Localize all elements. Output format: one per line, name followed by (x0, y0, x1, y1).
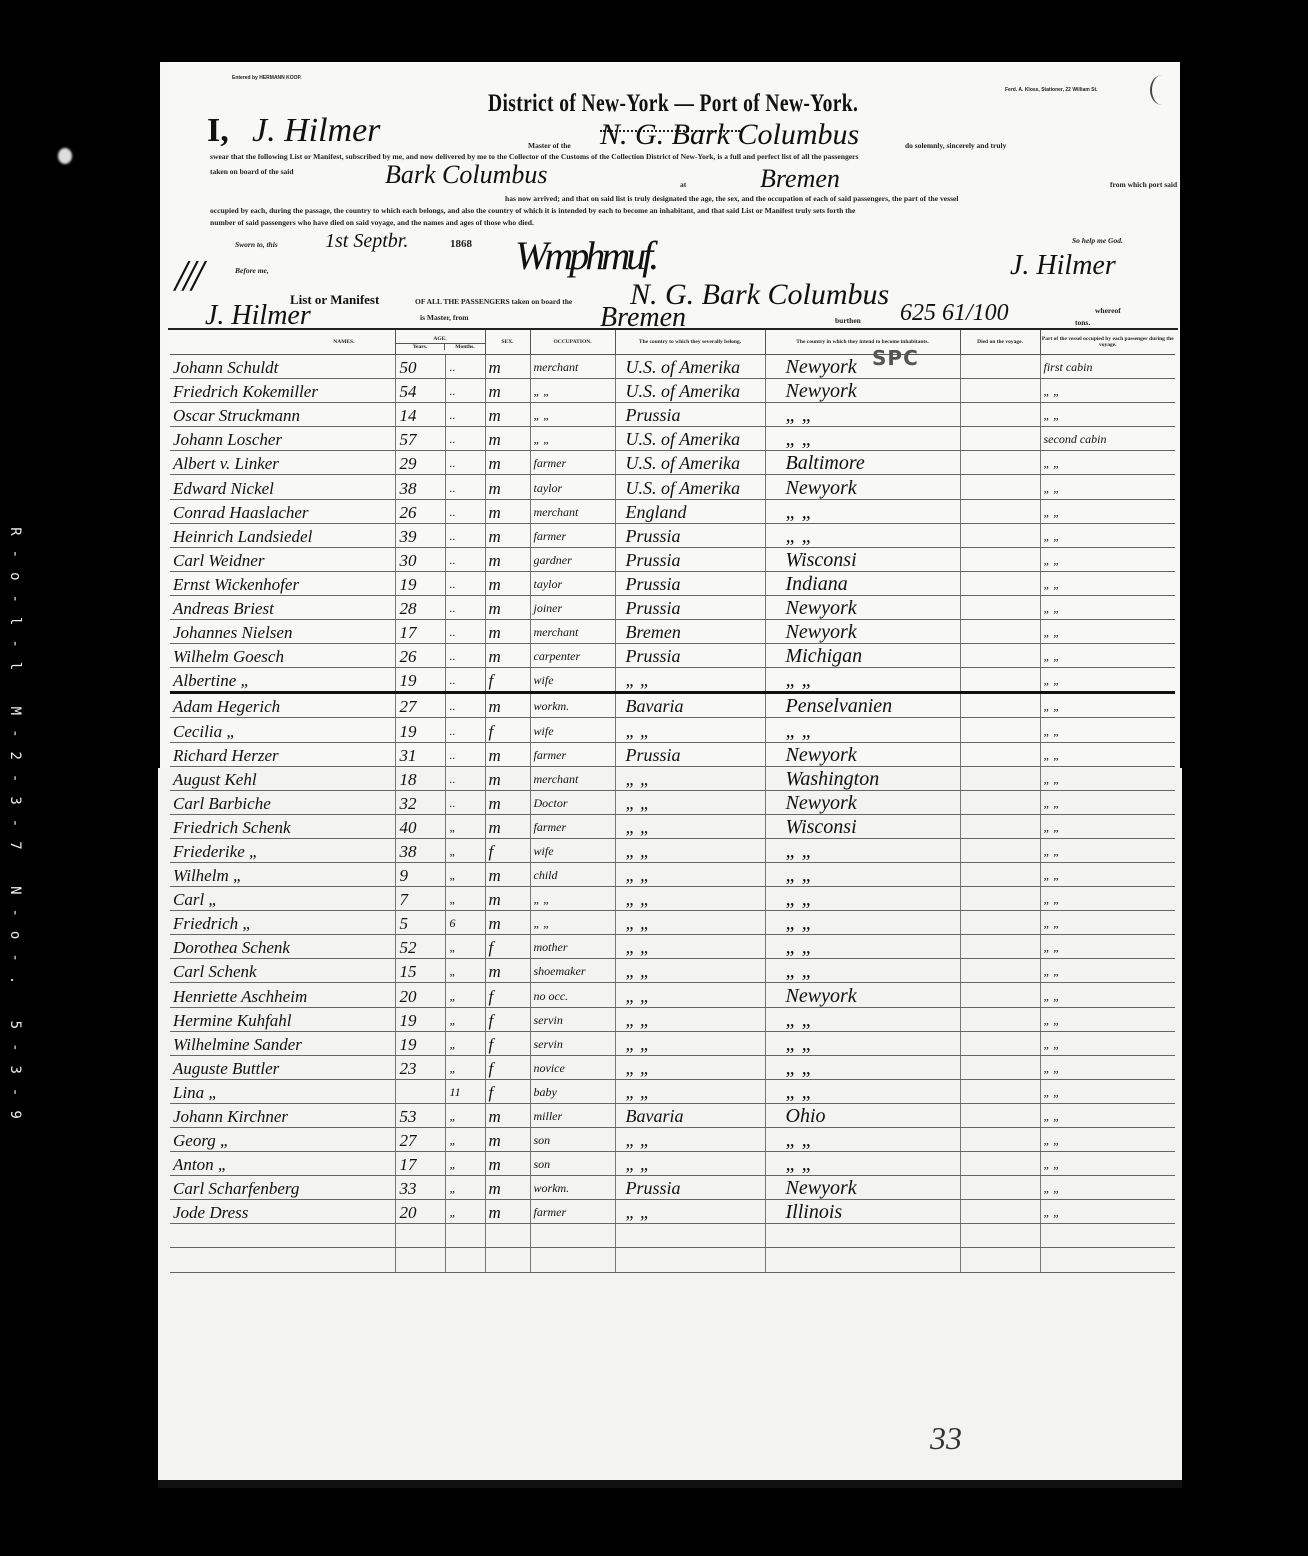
age-years-cell: 15 (395, 959, 445, 983)
country-of-origin-cell: „ „ (615, 1055, 765, 1079)
passenger-name-cell: Wilhelm Goesch (170, 644, 395, 668)
part-of-vessel-cell: „ „ (1040, 790, 1175, 814)
country-of-origin-blank-cell (615, 1248, 765, 1272)
age-years-cell: 31 (395, 742, 445, 766)
table-row: Jode Dress20„mfarmer„ „Illinois„ „ (170, 1200, 1175, 1224)
left-margin-signature: /// (175, 250, 200, 301)
country-of-origin-cell: Bavaria (615, 1103, 765, 1127)
occupation-blank-cell (530, 1248, 615, 1272)
died-on-voyage-cell (960, 620, 1040, 644)
country-of-origin-cell: „ „ (615, 790, 765, 814)
part-of-vessel-cell: „ „ (1040, 595, 1175, 619)
table-row: Anton „17„mson„ „„ „„ „ (170, 1152, 1175, 1176)
destination-cell: Newyork (765, 742, 960, 766)
sex-cell: m (485, 475, 530, 499)
age-months-cell: .. (445, 766, 485, 790)
destination-cell: Illinois (765, 1200, 960, 1224)
sex-cell: m (485, 790, 530, 814)
passenger-name-cell: Oscar Struckmann (170, 403, 395, 427)
passenger-name-cell: Wilhelmine Sander (170, 1031, 395, 1055)
occupation-cell: taylor (530, 475, 615, 499)
country-of-origin-cell: Prussia (615, 595, 765, 619)
sex-cell: m (485, 571, 530, 595)
died-on-voyage-cell (960, 742, 1040, 766)
died-on-voyage-cell (960, 1079, 1040, 1103)
passenger-name-cell: Lina „ (170, 1079, 395, 1103)
sex-cell: f (485, 983, 530, 1007)
country-of-origin-cell: „ „ (615, 959, 765, 983)
destination-cell: Newyork (765, 379, 960, 403)
sex-cell: m (485, 742, 530, 766)
age-years-blank-cell (395, 1248, 445, 1272)
passenger-name-cell: Carl „ (170, 887, 395, 911)
died-on-voyage-cell (960, 766, 1040, 790)
sex-cell: m (485, 1176, 530, 1200)
sex-blank-cell (485, 1224, 530, 1248)
table-row: Hermine Kuhfahl19„fservin„ „„ „„ „ (170, 1007, 1175, 1031)
occupation-cell: child (530, 862, 615, 886)
occupation-cell: „ „ (530, 887, 615, 911)
died-on-voyage-cell (960, 862, 1040, 886)
table-row: Friedrich Schenk40„mfarmer„ „Wisconsi„ „ (170, 814, 1175, 838)
table-row: Johann Kirchner53„mmillerBavariaOhio„ „ (170, 1103, 1175, 1127)
sex-cell: f (485, 1079, 530, 1103)
solemnly-text: do solemnly, sincerely and truly (905, 141, 1006, 150)
age-months-cell: 6 (445, 911, 485, 935)
sworn-label: Sworn to, this (235, 240, 278, 249)
part-of-vessel-cell: „ „ (1040, 379, 1175, 403)
destination-cell: Newyork (765, 983, 960, 1007)
passenger-name-cell: Jode Dress (170, 1200, 395, 1224)
age-years-cell: 38 (395, 475, 445, 499)
table-row: Henriette Aschheim20„fno occ.„ „Newyork„… (170, 983, 1175, 1007)
passenger-name-cell: Conrad Haaslacher (170, 499, 395, 523)
died-on-voyage-cell (960, 595, 1040, 619)
age-months-cell: „ (445, 1031, 485, 1055)
printer-imprint: Ferd. A. Kloss, Stationer, 22 William St… (1005, 87, 1098, 93)
died-on-voyage-cell (960, 475, 1040, 499)
part-of-vessel-cell: „ „ (1040, 475, 1175, 499)
age-years-cell: 5 (395, 911, 445, 935)
occupation-cell: „ „ (530, 379, 615, 403)
header-months: Months. (445, 344, 484, 350)
sex-cell: m (485, 766, 530, 790)
age-years-cell: 7 (395, 887, 445, 911)
country-of-origin-cell: England (615, 499, 765, 523)
part-of-vessel-cell: „ „ (1040, 403, 1175, 427)
died-on-voyage-cell (960, 523, 1040, 547)
sex-cell: m (485, 693, 530, 718)
master-signature: J. Hilmer (1010, 250, 1116, 282)
died-on-voyage-cell (960, 1055, 1040, 1079)
destination-cell: „ „ (765, 862, 960, 886)
occupation-cell: son (530, 1128, 615, 1152)
oath-I: I, (207, 112, 229, 150)
oath-vessel-handwritten: Bark Columbus (385, 160, 548, 190)
age-months-cell: .. (445, 499, 485, 523)
part-of-vessel-cell: „ „ (1040, 1176, 1175, 1200)
country-of-origin-cell: „ „ (615, 887, 765, 911)
before-me-label: Before me, (235, 266, 269, 275)
tons-label: tons. (1075, 318, 1090, 327)
age-months-cell: „ (445, 1128, 485, 1152)
died-on-voyage-cell (960, 718, 1040, 742)
passenger-name-cell: Andreas Briest (170, 595, 395, 619)
part-of-vessel-cell: second cabin (1040, 427, 1175, 451)
part-of-vessel-cell: „ „ (1040, 862, 1175, 886)
table-row: Carl Weidner30..mgardnerPrussiaWisconsi„… (170, 547, 1175, 571)
died-on-voyage-cell (960, 1031, 1040, 1055)
destination-cell: „ „ (765, 718, 960, 742)
died-on-voyage-cell (960, 814, 1040, 838)
destination-cell: Wisconsi (765, 547, 960, 571)
destination-cell: „ „ (765, 1128, 960, 1152)
collector-signature: Wmphmuf. (515, 232, 655, 279)
age-months-cell: .. (445, 790, 485, 814)
sex-cell: m (485, 355, 530, 379)
country-of-origin-cell: „ „ (615, 911, 765, 935)
country-of-origin-cell: „ „ (615, 814, 765, 838)
table-row: Edward Nickel38..mtaylorU.S. of AmerikaN… (170, 475, 1175, 499)
age-years-blank-cell (395, 1224, 445, 1248)
page-bottom-edge (158, 1480, 1182, 1488)
died-on-voyage-cell (960, 935, 1040, 959)
age-years-cell: 19 (395, 668, 445, 693)
country-of-origin-blank-cell (615, 1224, 765, 1248)
part-of-vessel-cell: „ „ (1040, 547, 1175, 571)
occupation-cell: baby (530, 1079, 615, 1103)
part-of-vessel-cell: „ „ (1040, 668, 1175, 693)
part-of-vessel-cell: „ „ (1040, 983, 1175, 1007)
destination-cell: „ „ (765, 427, 960, 451)
age-years-cell: 50 (395, 355, 445, 379)
part-of-vessel-cell: „ „ (1040, 718, 1175, 742)
died-on-voyage-cell (960, 1007, 1040, 1031)
age-months-cell: .. (445, 475, 485, 499)
country-of-origin-cell: „ „ (615, 1007, 765, 1031)
sex-cell: m (485, 499, 530, 523)
passenger-name-cell: Dorothea Schenk (170, 935, 395, 959)
country-of-origin-cell: U.S. of Amerika (615, 355, 765, 379)
destination-cell: Michigan (765, 644, 960, 668)
table-row: Ernst Wickenhofer19..mtaylorPrussiaIndia… (170, 571, 1175, 595)
passenger-name-cell: August Kehl (170, 766, 395, 790)
passenger-name-cell: Albertine „ (170, 668, 395, 693)
age-years-cell: 17 (395, 1152, 445, 1176)
part-of-vessel-cell: „ „ (1040, 499, 1175, 523)
country-of-origin-cell: Prussia (615, 644, 765, 668)
destination-cell: „ „ (765, 499, 960, 523)
destination-cell: Newyork (765, 475, 960, 499)
occupation-cell: workm. (530, 1176, 615, 1200)
country-of-origin-cell: Prussia (615, 403, 765, 427)
country-of-origin-cell: „ „ (615, 766, 765, 790)
died-on-voyage-cell (960, 790, 1040, 814)
died-on-voyage-cell (960, 668, 1040, 693)
corner-pencil-mark (1150, 75, 1174, 105)
table-row: Adam Hegerich27..mworkm.BavariaPenselvan… (170, 693, 1175, 718)
passenger-name-cell: Friedrich „ (170, 911, 395, 935)
part-of-vessel-cell: „ „ (1040, 523, 1175, 547)
table-row: Auguste Buttler23„fnovice„ „„ „„ „ (170, 1055, 1175, 1079)
sex-cell: m (485, 379, 530, 403)
part-of-vessel-cell: „ „ (1040, 1055, 1175, 1079)
sex-cell: f (485, 935, 530, 959)
age-months-cell: .. (445, 427, 485, 451)
age-months-cell: .. (445, 547, 485, 571)
passenger-name-cell: Wilhelm „ (170, 862, 395, 886)
sex-cell: f (485, 718, 530, 742)
part-of-vessel-cell: „ „ (1040, 620, 1175, 644)
died-on-voyage-cell (960, 355, 1040, 379)
age-years-cell: 20 (395, 1200, 445, 1224)
age-years-cell: 19 (395, 1031, 445, 1055)
age-years-cell: 54 (395, 379, 445, 403)
part-of-vessel-cell: first cabin (1040, 355, 1175, 379)
sex-cell: f (485, 838, 530, 862)
age-months-cell: .. (445, 571, 485, 595)
occupation-cell: novice (530, 1055, 615, 1079)
table-row: Johannes Nielsen17..mmerchantBremenNewyo… (170, 620, 1175, 644)
passenger-name-cell: Georg „ (170, 1128, 395, 1152)
part-of-vessel-cell: „ „ (1040, 1103, 1175, 1127)
table-row: Richard Herzer31..mfarmerPrussiaNewyork„… (170, 742, 1175, 766)
passenger-name-cell: Hermine Kuhfahl (170, 1007, 395, 1031)
age-months-cell: .. (445, 644, 485, 668)
destination-cell: „ „ (765, 1007, 960, 1031)
country-of-origin-cell: Bavaria (615, 693, 765, 718)
table-row: Johann Loscher57..m„ „U.S. of Amerika„ „… (170, 427, 1175, 451)
country-of-origin-cell: „ „ (615, 1128, 765, 1152)
part-of-vessel-cell: „ „ (1040, 1128, 1175, 1152)
header-part-of-vessel: Part of the vessel occupied by each pass… (1040, 330, 1175, 355)
age-years-cell: 26 (395, 499, 445, 523)
table-row: Lina „11fbaby„ „„ „„ „ (170, 1079, 1175, 1103)
age-years-cell: 19 (395, 718, 445, 742)
age-months-cell: „ (445, 1200, 485, 1224)
film-label-text: R-o-l-l M-2-3-7 N-o-. 5-3-9 (7, 527, 23, 1133)
country-of-origin-cell: U.S. of Amerika (615, 379, 765, 403)
age-months-cell: „ (445, 838, 485, 862)
died-on-voyage-cell (960, 1152, 1040, 1176)
passenger-name-cell: Johann Schuldt (170, 355, 395, 379)
table-row: August Kehl18..mmerchant„ „Washington„ „ (170, 766, 1175, 790)
part-of-vessel-cell: „ „ (1040, 742, 1175, 766)
age-months-cell: .. (445, 718, 485, 742)
age-years-cell: 30 (395, 547, 445, 571)
sex-cell: m (485, 523, 530, 547)
part-of-vessel-cell: „ „ (1040, 1031, 1175, 1055)
age-months-blank-cell (445, 1224, 485, 1248)
destination-cell: „ „ (765, 1031, 960, 1055)
part-of-vessel-blank-cell (1040, 1224, 1175, 1248)
occupation-cell: joiner (530, 595, 615, 619)
sworn-date: 1st Septbr. (325, 230, 408, 253)
header-occupation: OCCUPATION. (530, 330, 615, 355)
age-months-cell: .. (445, 451, 485, 475)
table-row: Carl Scharfenberg33„mworkm.PrussiaNewyor… (170, 1176, 1175, 1200)
country-of-origin-cell: „ „ (615, 718, 765, 742)
destination-cell: Newyork (765, 595, 960, 619)
oath-port-handwritten: Bremen (760, 164, 840, 194)
passenger-name-cell: Johannes Nielsen (170, 620, 395, 644)
destination-cell: „ „ (765, 935, 960, 959)
died-on-voyage-cell (960, 1176, 1040, 1200)
occupation-cell: workm. (530, 693, 615, 718)
sex-cell: m (485, 547, 530, 571)
destination-cell: Penselvanien (765, 693, 960, 718)
passenger-name-blank-cell (170, 1248, 395, 1272)
table-row: Friedrich „56m„ „„ „„ „„ „ (170, 911, 1175, 935)
age-years-cell: 57 (395, 427, 445, 451)
occupation-cell: merchant (530, 499, 615, 523)
passenger-name-cell: Carl Barbiche (170, 790, 395, 814)
country-of-origin-cell: „ „ (615, 1200, 765, 1224)
age-months-cell: „ (445, 1055, 485, 1079)
occupation-cell: farmer (530, 523, 615, 547)
passenger-name-cell: Adam Hegerich (170, 693, 395, 718)
header-destination: The country in which they intend to beco… (765, 330, 960, 355)
sex-cell: m (485, 959, 530, 983)
sex-cell: f (485, 1031, 530, 1055)
sex-cell: m (485, 911, 530, 935)
table-row: Wilhelm Goesch26..mcarpenterPrussiaMichi… (170, 644, 1175, 668)
occupation-cell: mother (530, 935, 615, 959)
oath-line-3-suffix: from which port said (1110, 180, 1177, 189)
passenger-name-cell: Johann Kirchner (170, 1103, 395, 1127)
occupation-cell: „ „ (530, 427, 615, 451)
part-of-vessel-cell: „ „ (1040, 959, 1175, 983)
destination-blank-cell (765, 1248, 960, 1272)
age-months-cell: „ (445, 1176, 485, 1200)
occupation-cell: wife (530, 718, 615, 742)
part-of-vessel-cell: „ „ (1040, 1007, 1175, 1031)
part-of-vessel-cell: „ „ (1040, 911, 1175, 935)
part-of-vessel-blank-cell (1040, 1248, 1175, 1272)
spc-stamp: SPC (872, 346, 919, 370)
burthen-value: 625 61/100 (900, 300, 1009, 327)
country-of-origin-cell: „ „ (615, 1079, 765, 1103)
died-on-voyage-cell (960, 983, 1040, 1007)
part-of-vessel-cell: „ „ (1040, 887, 1175, 911)
died-on-voyage-cell (960, 403, 1040, 427)
passenger-table-body: Johann Schuldt50..mmerchantU.S. of Ameri… (170, 355, 1175, 1273)
died-on-voyage-cell (960, 887, 1040, 911)
destination-cell: „ „ (765, 911, 960, 935)
passenger-name-cell: Cecilia „ (170, 718, 395, 742)
part-of-vessel-cell: „ „ (1040, 1152, 1175, 1176)
died-on-voyage-cell (960, 379, 1040, 403)
occupation-cell: servin (530, 1031, 615, 1055)
passenger-name-cell: Friedrich Kokemiller (170, 379, 395, 403)
header-country: The country to which they severally belo… (615, 330, 765, 355)
passenger-name-cell: Friederike „ (170, 838, 395, 862)
table-row: Wilhelmine Sander19„fservin„ „„ „„ „ (170, 1031, 1175, 1055)
destination-cell: Wisconsi (765, 814, 960, 838)
age-years-cell: 39 (395, 523, 445, 547)
passenger-name-cell: Carl Scharfenberg (170, 1176, 395, 1200)
country-of-origin-cell: „ „ (615, 1031, 765, 1055)
master-of-the-label: Master of the (528, 141, 571, 150)
table-row: Albert v. Linker29..mfarmerU.S. of Ameri… (170, 451, 1175, 475)
destination-cell: „ „ (765, 1079, 960, 1103)
died-on-voyage-cell (960, 959, 1040, 983)
country-of-origin-cell: Prussia (615, 547, 765, 571)
age-years-cell: 53 (395, 1103, 445, 1127)
passenger-table: NAMES. AGE. Years. Months. SEX. OCCUPATI… (170, 330, 1175, 1273)
destination-cell: Indiana (765, 571, 960, 595)
destination-cell: „ „ (765, 1055, 960, 1079)
died-on-voyage-blank-cell (960, 1248, 1040, 1272)
age-years-cell: 52 (395, 935, 445, 959)
folio-number: 33 (930, 1420, 962, 1457)
table-row: Carl Schenk15„mshoemaker„ „„ „„ „ (170, 959, 1175, 983)
oath-line-6: number of said passengers who have died … (210, 216, 1170, 230)
destination-cell: Newyork (765, 355, 960, 379)
sex-cell: m (485, 1152, 530, 1176)
age-years-cell: 27 (395, 1128, 445, 1152)
occupation-cell: son (530, 1152, 615, 1176)
part-of-vessel-cell: „ „ (1040, 644, 1175, 668)
table-row: Carl Barbiche32..mDoctor„ „Newyork„ „ (170, 790, 1175, 814)
passenger-name-cell: Richard Herzer (170, 742, 395, 766)
died-on-voyage-cell (960, 1128, 1040, 1152)
header-names: NAMES. (170, 330, 395, 355)
header-years: Years. (396, 344, 446, 350)
part-of-vessel-cell: „ „ (1040, 571, 1175, 595)
age-years-cell: 33 (395, 1176, 445, 1200)
occupation-cell: „ „ (530, 911, 615, 935)
occupation-cell: wife (530, 838, 615, 862)
sworn-year: 1868 (450, 238, 472, 250)
age-years-cell: 38 (395, 838, 445, 862)
age-months-cell: .. (445, 595, 485, 619)
age-years-cell: 29 (395, 451, 445, 475)
died-on-voyage-cell (960, 499, 1040, 523)
vessel-name-handwritten: N. G. Bark Columbus (600, 118, 859, 152)
passenger-name-cell: Henriette Aschheim (170, 983, 395, 1007)
destination-cell: Newyork (765, 790, 960, 814)
occupation-cell: farmer (530, 814, 615, 838)
age-years-cell (395, 1079, 445, 1103)
oath-at: at (680, 180, 686, 189)
age-months-cell: .. (445, 668, 485, 693)
age-months-cell: „ (445, 814, 485, 838)
table-row: Dorothea Schenk52„fmother„ „„ „„ „ (170, 935, 1175, 959)
blank-row (170, 1224, 1175, 1248)
age-years-cell: 9 (395, 862, 445, 886)
age-months-cell: .. (445, 620, 485, 644)
occupation-cell: farmer (530, 1200, 615, 1224)
part-of-vessel-cell: „ „ (1040, 693, 1175, 718)
age-months-cell: .. (445, 523, 485, 547)
country-of-origin-cell: Prussia (615, 1176, 765, 1200)
sex-blank-cell (485, 1248, 530, 1272)
occupation-cell: shoemaker (530, 959, 615, 983)
passenger-name-cell: Anton „ (170, 1152, 395, 1176)
country-of-origin-cell: U.S. of Amerika (615, 427, 765, 451)
document-title: District of New-York — Port of New-York. (488, 90, 858, 118)
part-of-vessel-cell: „ „ (1040, 935, 1175, 959)
passenger-name-blank-cell (170, 1224, 395, 1248)
age-years-cell: 27 (395, 693, 445, 718)
of-all-passengers-text: OF ALL THE PASSENGERS taken on board the (415, 297, 572, 306)
age-months-cell: „ (445, 959, 485, 983)
oath-line-3-prefix: taken on board of the said (210, 167, 294, 176)
destination-cell: Newyork (765, 620, 960, 644)
died-on-voyage-cell (960, 1103, 1040, 1127)
country-of-origin-cell: Prussia (615, 571, 765, 595)
